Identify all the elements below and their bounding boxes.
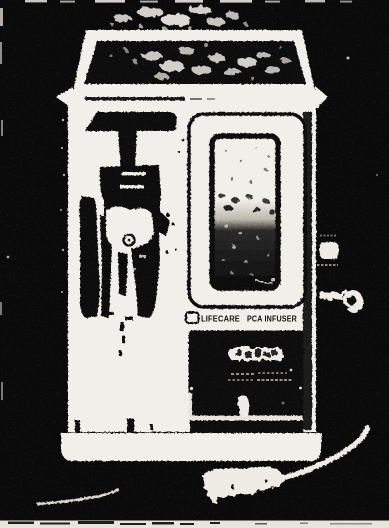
pca-infuser-photograph: LIFECARE PCA INFUSER	[0, 0, 389, 528]
photo-canvas: LIFECARE PCA INFUSER	[0, 0, 389, 528]
film-grain-overlay	[0, 0, 389, 528]
